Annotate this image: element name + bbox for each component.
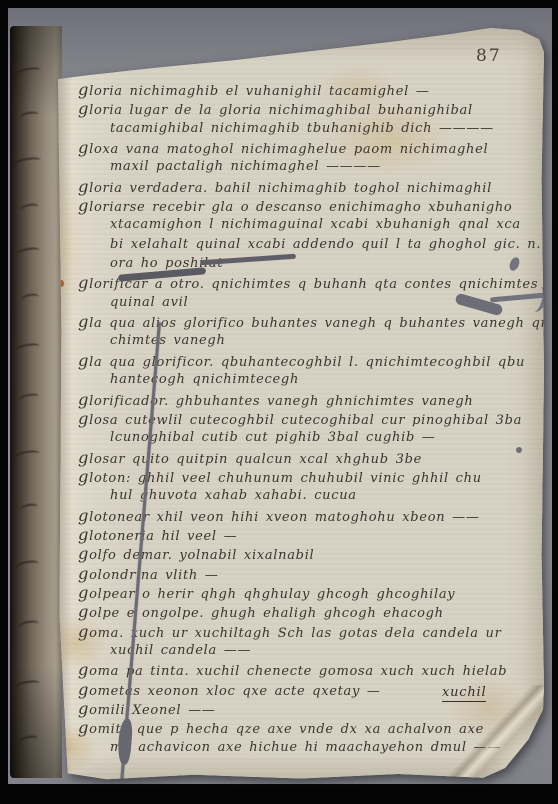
rust-speck [59,280,64,287]
manuscript-line: tacamighibal nichimaghib tbuhanighib dic… [110,119,538,138]
manuscript-line: maxil pactaligh nichimaghel ———— [110,157,538,176]
manuscript-line: hul ghuvota xahab xahabi. cucua [110,486,538,505]
manuscript-line: golondrina vlith — [78,564,538,583]
manuscript-line: hantecogh qnichimtecegh [110,370,538,389]
manuscript-line: gloria lugar de la gloria nichimaghibal … [78,99,538,118]
manuscript-line: golpe e ongolpe. ghugh ehaligh ghcogh eh… [78,602,538,621]
manuscript-line: gomito que p hecha qze axe vnde dx xa ac… [78,718,538,737]
manuscript-line: goma pa tinta. xuchil chenecte gomosa xu… [78,660,538,679]
manuscript-line: glorificar a otro. qnichimtes q buhanh q… [78,273,538,292]
manuscript-line: glotonear xhil veon hihi xveon matoghohu… [78,506,538,525]
manuscript-line: gloria verdadera. bahil nichimaghib togh… [78,177,538,196]
manuscript-line: gla qua glorificor. qbuhantecoghbil l. q… [78,351,538,370]
manuscript-line: lcunoghibal cutib cut pighib 3bal cughib… [110,428,538,447]
manuscript-line: glosar quito quitpin qualcun xcal xhghub… [78,448,538,467]
manuscript-line: golpear o herir qhgh qhghulay ghcogh ghc… [78,583,538,602]
manuscript-line: goma. xuch ur xuchiltagh Sch las gotas d… [78,622,538,641]
facing-page-edge [10,26,62,778]
folio-number: 87 [476,46,502,66]
manuscript-line: ora ho poshilat [110,254,538,273]
manuscript-line: gla qua alios glorifico buhantes vanegh … [78,312,538,331]
manuscript-line: quinal avil [110,293,538,312]
manuscript-lines: gloria nichimaghib el vuhanighil tacamig… [78,80,538,757]
manuscript-line: xuchil candela —— [110,641,538,660]
manuscript-line: golfo demar. yolnabil xixalnabil [78,544,538,563]
manuscript-line: glotoneria hil veel — [78,525,538,544]
manuscript-line: glorificador. ghbuhantes vanegh ghnichim… [78,390,538,409]
manuscript-line: glosa cutewlil cutecoghbil cutecoghibal … [78,409,538,428]
manuscript-line: gloria nichimaghib el vuhanighil tacamig… [78,80,538,99]
manuscript-scan: 87 gloria nichimaghib el vuhanighil taca… [0,0,558,804]
manuscript-line: xtacamighon l nichimaguinal xcabi xbuhan… [110,215,538,234]
manuscript-line: gloton: ghhil veel chuhunum chuhubil vin… [78,467,538,486]
manuscript-line: bi xelahalt quinal xcabi addendo quil l … [110,235,538,254]
manuscript-page-wrap: 87 gloria nichimaghib el vuhanighil taca… [58,28,544,780]
manuscript-line: ma achavicon axe hichue hi maachayehon d… [110,738,538,757]
manuscript-line: gloriarse recebir gla o descanso enichim… [78,196,538,215]
manuscript-line: chimtes vanegh [110,331,538,350]
manuscript-line: gloxa vana matoghol nichimaghelue paom n… [78,138,538,157]
margin-note: xuchil [442,685,486,702]
manuscript-page: 87 gloria nichimaghib el vuhanighil taca… [58,28,544,780]
